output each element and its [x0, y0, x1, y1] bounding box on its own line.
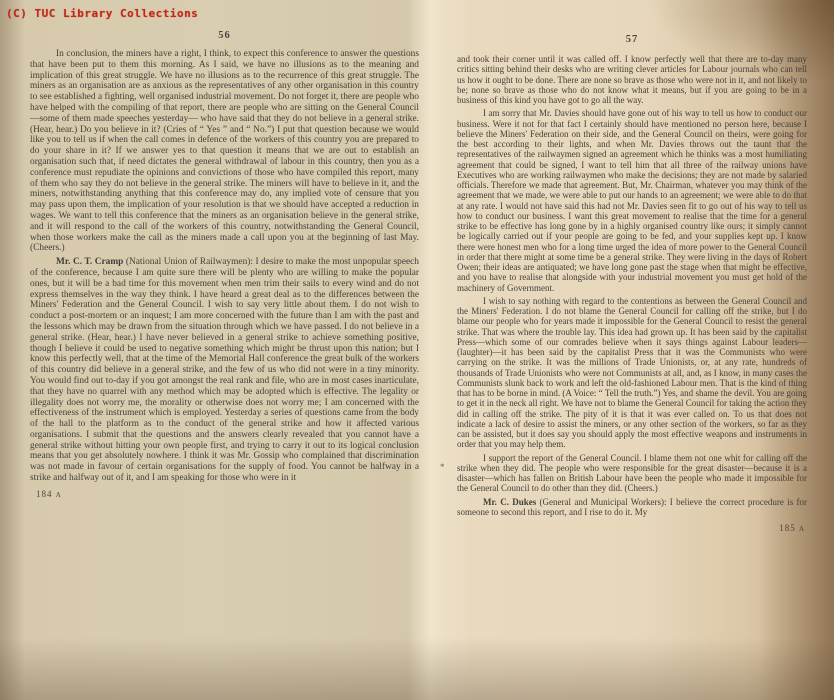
folio-suffix: A	[799, 525, 805, 533]
page-right: 57 and took their corner until it was ca…	[457, 34, 807, 533]
folio-left: 184 A	[36, 489, 419, 499]
paragraph: Mr. C. T. Cramp (National Union of Railw…	[30, 257, 419, 484]
paragraph-text: In conclusion, the miners have a right, …	[30, 49, 419, 253]
paragraph-text: I support the report of the General Coun…	[457, 453, 807, 494]
copyright-watermark: (C) TUC Library Collections	[6, 7, 198, 20]
paragraph: Mr. C. Dukes (General and Municipal Work…	[457, 497, 807, 518]
page-right-body: and took their corner until it was calle…	[457, 54, 807, 517]
folio-right: 185 A	[457, 523, 805, 533]
paragraph: I am sorry that Mr. Davies should have g…	[457, 108, 807, 293]
paragraph-text: and took their corner until it was calle…	[457, 54, 807, 105]
paragraph-text: (National Union of Railwaymen): I desire…	[30, 257, 419, 483]
page-number-left: 56	[30, 30, 419, 41]
paragraph-text: I am sorry that Mr. Davies should have g…	[457, 108, 807, 292]
paragraph: I wish to say nothing with regard to the…	[457, 296, 807, 450]
book-scan: (C) TUC Library Collections * 56 In conc…	[0, 0, 834, 700]
page-left-body: In conclusion, the miners have a right, …	[30, 49, 419, 484]
paragraph: I support the report of the General Coun…	[457, 453, 807, 494]
paragraph: and took their corner until it was calle…	[457, 54, 807, 105]
speaker-name: Mr. C. T. Cramp	[56, 257, 123, 267]
folio-suffix: A	[56, 491, 62, 499]
folio-number: 184	[36, 489, 53, 499]
page-number-right: 57	[457, 34, 807, 45]
margin-asterisk-mark: *	[440, 462, 445, 472]
paragraph: In conclusion, the miners have a right, …	[30, 49, 419, 254]
speaker-name: Mr. C. Dukes	[483, 497, 536, 507]
paragraph-text: I wish to say nothing with regard to the…	[457, 296, 807, 450]
page-left: 56 In conclusion, the miners have a righ…	[30, 30, 419, 499]
folio-number: 185	[779, 523, 796, 533]
